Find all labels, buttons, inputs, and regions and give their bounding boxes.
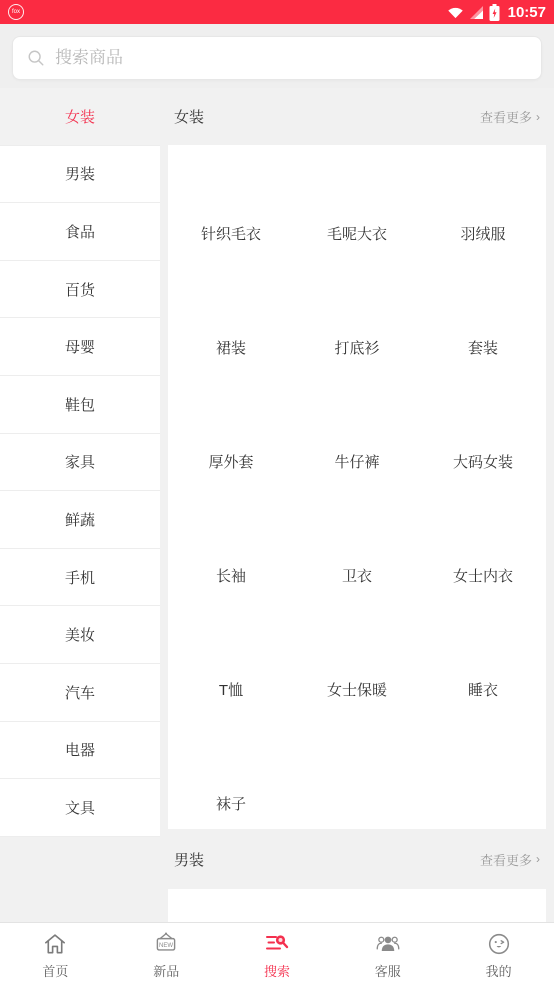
status-bar: fox 10:57 [0,0,554,24]
category-image-placeholder [196,487,266,557]
profile-icon [486,930,512,958]
category-label: 毛呢大衣 [327,223,387,244]
category-cell-down-jacket[interactable]: 羽绒服 [420,145,546,259]
category-image-placeholder [448,373,518,443]
sidebar-item-label: 美妆 [65,624,95,645]
nav-item-home[interactable]: 首页 [0,923,111,986]
nav-label: 首页 [42,961,68,980]
wifi-icon [447,6,464,19]
see-more-label: 查看更多 [480,107,532,126]
cell-signal-icon [469,6,484,19]
category-cell-socks[interactable]: 袜子 [168,715,294,829]
category-label: 长袖 [216,565,246,586]
category-image-placeholder [322,145,392,215]
nav-item-search[interactable]: 搜索 [222,923,333,986]
category-cell-wool-coat[interactable]: 毛呢大衣 [294,145,420,259]
category-cell-suit[interactable]: 套装 [420,259,546,373]
category-cell-thermal[interactable]: 女士保暖 [294,601,420,715]
category-label: 厚外套 [208,451,253,472]
nav-item-profile[interactable]: 我的 [443,923,554,986]
category-label: 套装 [468,337,498,358]
category-image-placeholder [322,259,392,329]
category-label: 卫衣 [342,565,372,586]
search-area [0,24,554,88]
category-label: 裙装 [216,337,246,358]
nav-label: 搜索 [264,961,290,980]
sidebar-item-stationery[interactable]: 文具 [0,779,160,837]
notification-icon: fox [8,4,24,20]
category-label: 女士内衣 [453,565,513,586]
sidebar-item-label: 鲜蔬 [65,509,95,530]
category-cell-knit-sweater[interactable]: 针织毛衣 [168,145,294,259]
category-label: 睡衣 [468,679,498,700]
sidebar-item-appliances[interactable]: 电器 [0,722,160,780]
womens-category-grid: 针织毛衣 毛呢大衣 羽绒服 裙装 打底衫 套装 厚外套 牛仔裤 大码女装 长袖 … [168,145,546,829]
mens-category-grid [168,889,546,922]
category-image-placeholder [322,601,392,671]
notification-icon-text: fox [12,9,20,15]
category-label: T恤 [219,679,243,700]
new-badge-icon: NEW [152,930,180,958]
sidebar-item-mother-baby[interactable]: 母婴 [0,318,160,376]
category-label: 女士保暖 [327,679,387,700]
see-more-label: 查看更多 [480,850,532,869]
nav-label: 新品 [153,961,179,980]
category-label: 大码女装 [453,451,513,472]
category-cell-jeans[interactable]: 牛仔裤 [294,373,420,487]
sidebar-item-general[interactable]: 百货 [0,261,160,319]
category-cell-hoodie[interactable]: 卫衣 [294,487,420,601]
see-more-link-mens[interactable]: 查看更多 › [480,850,540,869]
category-label: 针织毛衣 [201,223,261,244]
category-image-placeholder [448,601,518,671]
category-image-placeholder [448,259,518,329]
sidebar-item-label: 手机 [65,567,95,588]
see-more-link-womens[interactable]: 查看更多 › [480,107,540,126]
category-cell-pajamas[interactable]: 睡衣 [420,601,546,715]
status-time: 10:57 [508,4,546,21]
category-cell-plus-size[interactable]: 大码女装 [420,373,546,487]
category-label: 袜子 [216,793,246,814]
category-cell-base-shirt[interactable]: 打底衫 [294,259,420,373]
sidebar-item-label: 男装 [65,163,95,184]
section-header-mens: 男装 查看更多 › [160,829,554,889]
sidebar-item-label: 文具 [65,797,95,818]
sidebar-item-label: 鞋包 [65,394,95,415]
sidebar-item-mens[interactable]: 男装 [0,146,160,204]
sidebar-item-shoes-bags[interactable]: 鞋包 [0,376,160,434]
sidebar-item-label: 食品 [65,221,95,242]
category-cell-dress[interactable]: 裙装 [168,259,294,373]
category-cell-lingerie[interactable]: 女士内衣 [420,487,546,601]
category-label: 打底衫 [334,337,379,358]
category-image-placeholder [322,373,392,443]
category-image-placeholder [196,373,266,443]
category-page-body: 女装 男装 食品 百货 母婴 鞋包 家具 鲜蔬 手机 美妆 汽车 电器 文具 女… [0,88,554,922]
search-magnifier-icon [27,49,45,67]
search-icon [263,930,291,958]
category-image-placeholder [196,145,266,215]
sidebar-item-food[interactable]: 食品 [0,203,160,261]
sidebar-item-label: 家具 [65,451,95,472]
chevron-right-icon: › [536,110,540,124]
battery-charging-icon [489,4,500,21]
category-image-placeholder [196,601,266,671]
category-cell-thick-coat[interactable]: 厚外套 [168,373,294,487]
svg-text:NEW: NEW [159,942,173,948]
chevron-right-icon: › [536,852,540,866]
category-cell-tshirt[interactable]: T恤 [168,601,294,715]
sidebar-item-label: 女装 [65,106,95,127]
category-sidebar: 女装 男装 食品 百货 母婴 鞋包 家具 鲜蔬 手机 美妆 汽车 电器 文具 [0,88,160,922]
sidebar-item-fresh-produce[interactable]: 鲜蔬 [0,491,160,549]
sidebar-item-phones[interactable]: 手机 [0,549,160,607]
search-input[interactable] [55,48,527,68]
section-title: 男装 [174,849,204,870]
bottom-nav: 首页 NEW 新品 搜索 [0,922,554,986]
category-image-placeholder [322,487,392,557]
category-image-placeholder [196,715,266,785]
home-icon [42,930,68,958]
sidebar-item-furniture[interactable]: 家具 [0,434,160,492]
sidebar-item-womens[interactable]: 女装 [0,88,160,146]
category-content: 女装 查看更多 › 针织毛衣 毛呢大衣 羽绒服 裙装 打底衫 套装 厚外套 牛仔… [160,88,554,922]
section-header-womens: 女装 查看更多 › [160,88,554,145]
nav-item-new[interactable]: NEW 新品 [111,923,222,986]
customer-service-icon [374,930,402,958]
sidebar-item-beauty[interactable]: 美妆 [0,606,160,664]
sidebar-item-label: 母婴 [65,336,95,357]
sidebar-item-label: 电器 [65,739,95,760]
category-image-placeholder [448,487,518,557]
category-cell-long-sleeve[interactable]: 长袖 [168,487,294,601]
category-label: 羽绒服 [460,223,505,244]
category-image-placeholder [196,259,266,329]
sidebar-item-cars[interactable]: 汽车 [0,664,160,722]
category-label: 牛仔裤 [334,451,379,472]
sidebar-item-label: 汽车 [65,682,95,703]
nav-item-customer-service[interactable]: 客服 [332,923,443,986]
nav-label: 客服 [375,961,401,980]
nav-label: 我的 [486,961,512,980]
section-title: 女装 [174,106,204,127]
category-image-placeholder [448,145,518,215]
search-bar[interactable] [12,36,542,80]
sidebar-item-label: 百货 [65,279,95,300]
